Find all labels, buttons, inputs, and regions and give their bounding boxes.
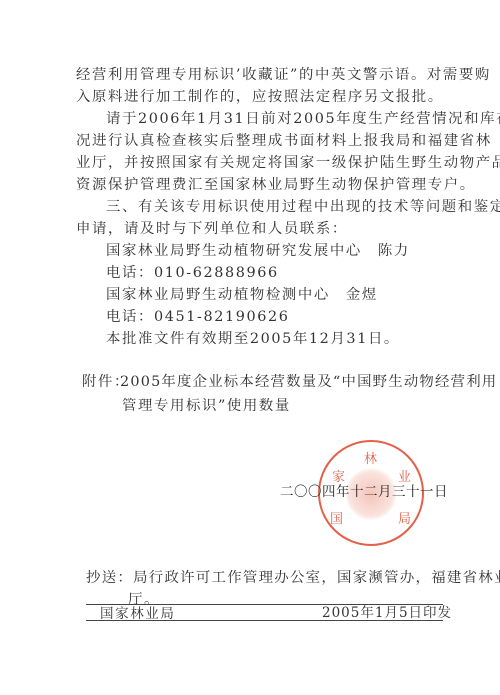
body-line: 申请，请及时与下列单位和人员联系： [76,220,348,238]
attachment-line-1: 2005年度企业标本经营数量及“中国野生动物经营利用 [120,373,497,391]
footer-bottom-rule [86,620,443,621]
body-line: 资源保护管理费汇至国家林业局野生动物保护管理专户。 [76,176,476,194]
contact-phone-2: 电话：0451-82190626 [106,308,290,326]
seal-char: 国 [330,508,343,527]
validity-statement: 本批准文件有效期至2005年12月31日。 [106,330,400,348]
cc-line-1: 抄送：局行政许可工作管理办公室，国家濒管办，福建省林业 [86,569,500,587]
body-line: 况进行认真检查核实后整理成书面材料上报我局和福建省林 [76,132,492,150]
body-line: 入原料进行加工制作的，应按照法定程序另文报批。 [76,88,444,106]
body-line: 三、有关该专用标识使用过程中出现的技术等问题和鉴定 [106,198,500,216]
signing-date: 二〇〇四年十二月三十一日 [280,483,448,501]
body-line: 请于2006年1月31日前对2005年度生产经营情况和库存情 [106,110,500,128]
body-line: 经营利用管理专用标识’收藏证”的中英文警示语。对需要购 [76,66,491,84]
contact-phone-1: 电话：010-62888966 [106,264,279,282]
attachment-line-2: 管理专用标识”使用数量 [122,397,291,415]
body-line: 业厅，并按照国家有关规定将国家一级保护陆生野生动物产品 [76,154,500,172]
seal-char: 林 [364,448,377,467]
seal-char: 局 [398,508,411,527]
contact-org-1: 国家林业局野生动植物研究发展中心 陈力 [106,242,410,260]
contact-org-2: 国家林业局野生动植物检测中心 金煜 [106,286,378,304]
